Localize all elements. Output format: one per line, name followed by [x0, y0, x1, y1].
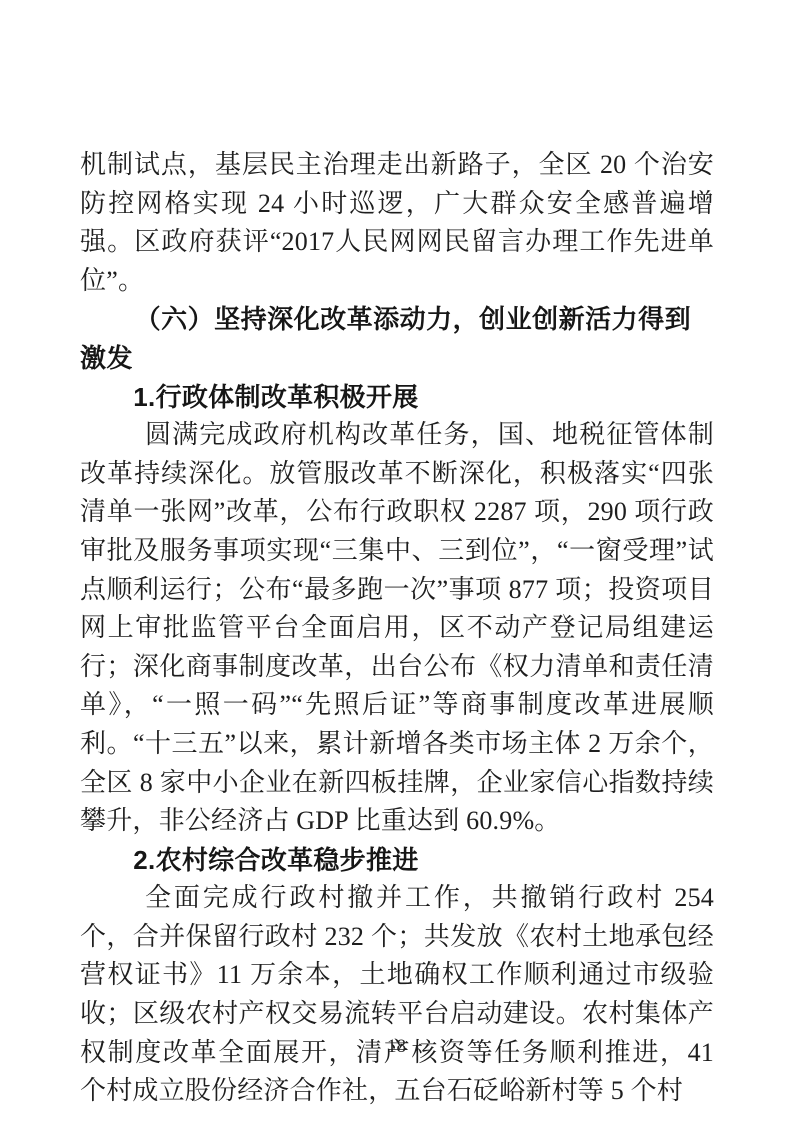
- page-number: 18: [0, 1036, 793, 1058]
- subsection-heading-1: 1.行政体制改革积极开展: [80, 378, 714, 417]
- document-page: 机制试点，基层民主治理走出新路子，全区 20 个治安防控网格实现 24 小时巡逻…: [0, 0, 793, 1122]
- paragraph-continuation: 机制试点，基层民主治理走出新路子，全区 20 个治安防控网格实现 24 小时巡逻…: [80, 146, 714, 300]
- paragraph-rural-reform: 全面完成行政村撤并工作，共撤销行政村 254 个，合并保留行政村 232 个；共…: [80, 879, 714, 1111]
- paragraph-admin-reform: 圆满完成政府机构改革任务，国、地税征管体制改革持续深化。放管服改革不断深化，积极…: [80, 416, 714, 841]
- section-heading-6: （六）坚持深化改革添动力，创业创新活力得到激发: [80, 300, 714, 377]
- page-content: 机制试点，基层民主治理走出新路子，全区 20 个治安防控网格实现 24 小时巡逻…: [80, 146, 714, 1111]
- subsection-heading-2: 2.农村综合改革稳步推进: [80, 841, 714, 880]
